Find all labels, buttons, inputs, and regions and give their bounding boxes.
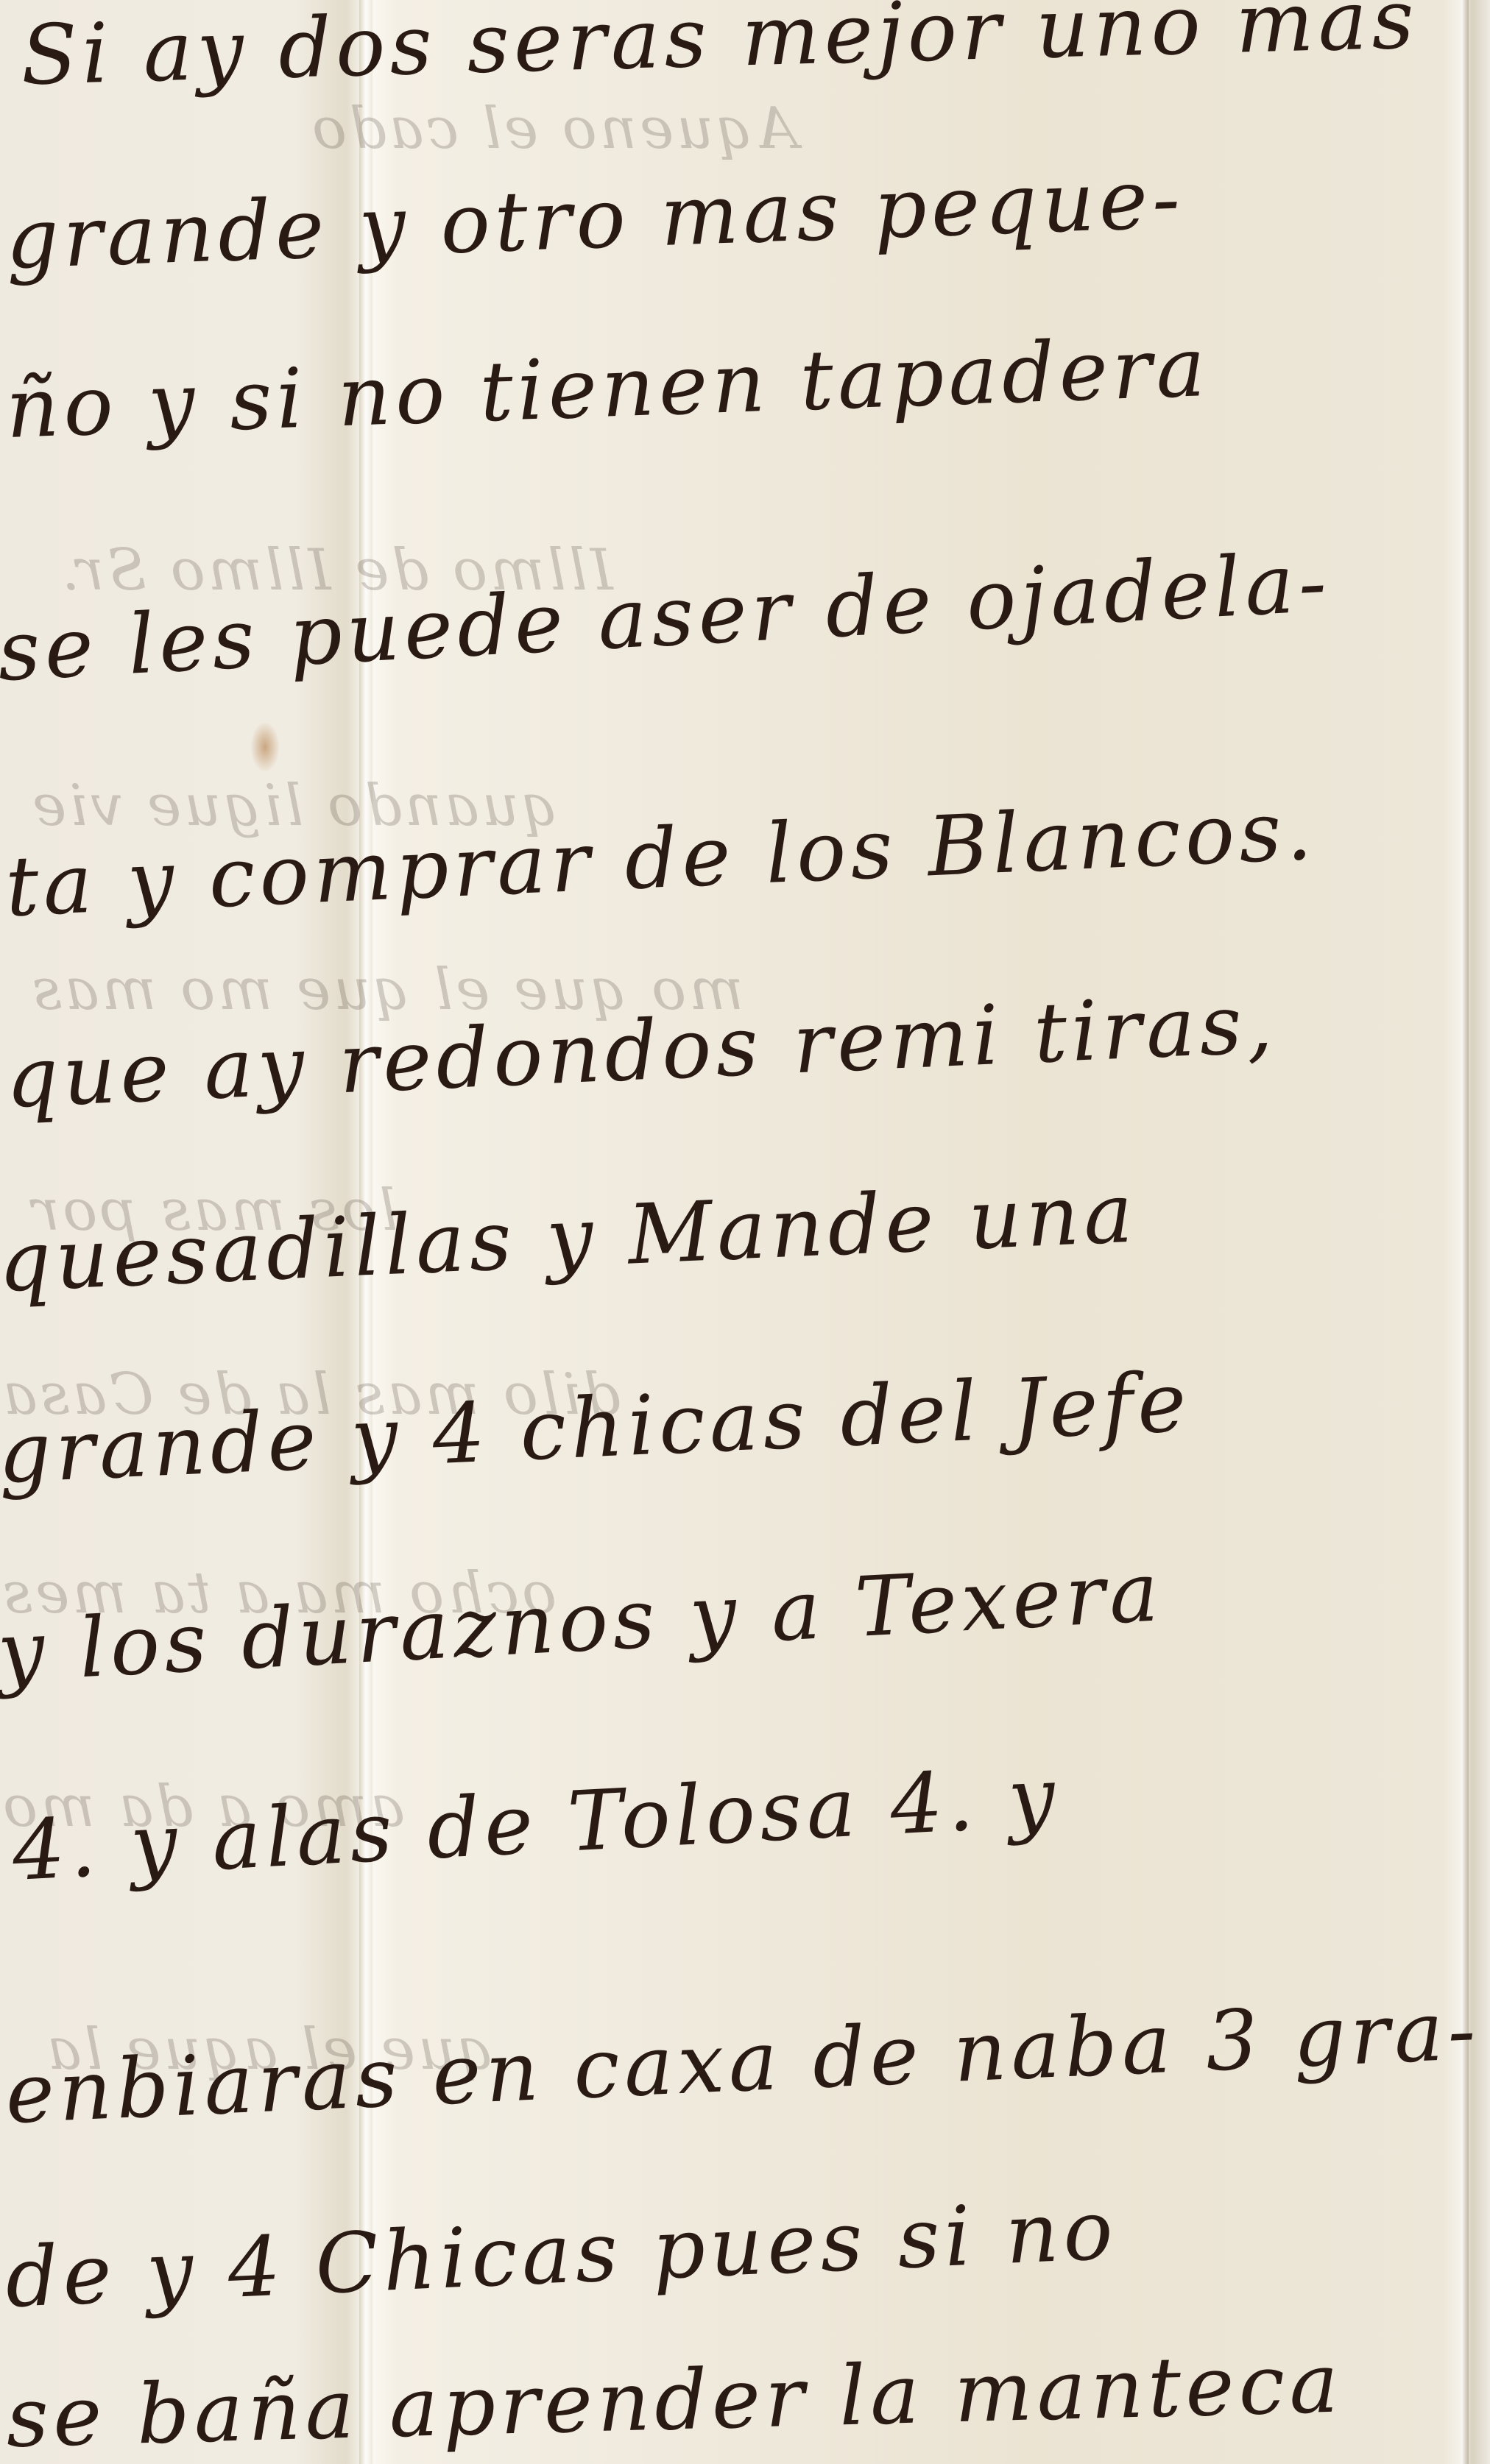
bleed-through-text: Aqueno el cado: [309, 96, 798, 162]
manuscript-line-1: Si ay dos seras mejor uno mas: [20, 0, 1419, 97]
paper-right-edge: [1461, 0, 1469, 2464]
manuscript-line-11: enbiaras en caxa de naba 3 gra-: [4, 1989, 1481, 2136]
manuscript-line-2: grande y otro mas peque-: [4, 157, 1186, 281]
manuscript-line-13: se baña aprender la manteca: [5, 2343, 1344, 2460]
manuscript-line-3: ño y si no tienen tapadera: [4, 326, 1211, 450]
manuscript-line-12: de y 4 Chicas pues si no: [4, 2189, 1119, 2320]
ink-stain: [250, 721, 280, 773]
manuscript-page: Aqueno el cado Illmo de Illmo Sr. quando…: [0, 0, 1490, 2464]
